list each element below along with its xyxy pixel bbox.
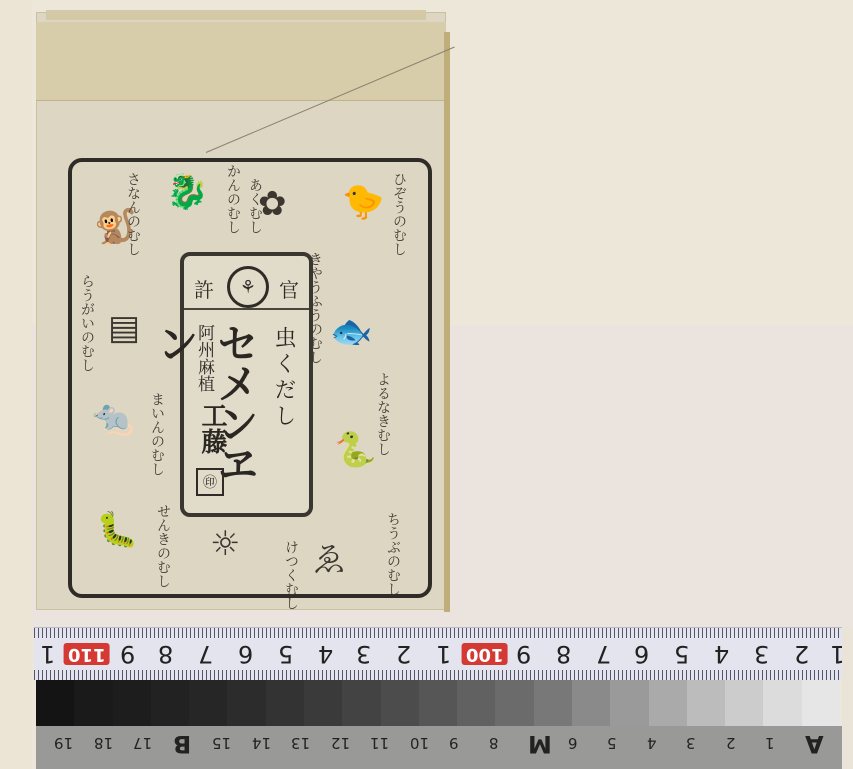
gray-swatch (381, 680, 419, 726)
gray-swatch (113, 680, 151, 726)
maker-name: 工藤 (194, 402, 231, 454)
gray-scale-label: M (528, 730, 552, 758)
gray-scale-label: 3 (686, 734, 696, 752)
ruler-number: 2 (396, 640, 411, 668)
gray-scale-label: 15 (212, 734, 231, 752)
gray-swatch (36, 680, 74, 726)
ruler-number: 1 (40, 640, 55, 668)
ruler-number: 5 (278, 640, 293, 668)
gray-swatch (419, 680, 457, 726)
gray-scale-label: 5 (607, 734, 617, 752)
packet-flap-top-edge (46, 10, 426, 20)
gray-swatch (304, 680, 342, 726)
gray-scale-label: 12 (331, 734, 350, 752)
ruler-numbers: 1 110 9 8 7 6 5 4 3 2 1 100 9 8 7 6 5 4 … (34, 640, 842, 668)
ruler-number: 9 (120, 640, 135, 668)
ruler-number: 3 (356, 640, 371, 668)
worm-label: さなんのむし (126, 172, 140, 256)
family-crest-icon: ⚘ (227, 266, 269, 308)
gray-swatch (763, 680, 801, 726)
gray-swatch (342, 680, 380, 726)
gray-scale-label: 11 (370, 734, 389, 752)
ruler-number: 3 (754, 640, 769, 668)
ruler-number: 4 (318, 640, 333, 668)
gray-scale-label: 17 (133, 734, 152, 752)
label-divider (184, 308, 309, 310)
bird-worm-icon: 🐤 (342, 182, 384, 222)
rat-worm-icon: 🐀 (92, 398, 134, 438)
gray-scale-label: 10 (410, 734, 429, 752)
gray-scale-label: 18 (94, 734, 113, 752)
gray-swatch (151, 680, 189, 726)
backdrop-left-margin (0, 0, 32, 769)
gray-swatch (227, 680, 265, 726)
gray-scale-chart (36, 680, 840, 726)
maker-seal-icon: ㊞ (196, 468, 224, 496)
kan-character: 官 (279, 274, 299, 303)
measurement-ruler: 1 110 9 8 7 6 5 4 3 2 1 100 9 8 7 6 5 4 … (34, 627, 842, 680)
gray-swatch (802, 680, 840, 726)
ruler-number: 8 (158, 640, 173, 668)
worm-label: ひぞうのむし (392, 172, 406, 256)
gray-scale-label: 13 (291, 734, 310, 752)
gray-swatch (495, 680, 533, 726)
ruler-badge-100: 100 (462, 643, 508, 665)
gray-swatch (572, 680, 610, 726)
gray-swatch (534, 680, 572, 726)
gray-swatch (725, 680, 763, 726)
ruler-ticks-top (34, 628, 842, 638)
gray-scale-label: 9 (449, 734, 459, 752)
fish-worm-icon: 🐟 (330, 312, 372, 352)
ruler-number: 7 (198, 640, 213, 668)
gray-swatch (189, 680, 227, 726)
snake-worm-icon: 🐍 (334, 430, 376, 470)
gray-scale-label: 4 (647, 734, 657, 752)
backdrop-right-strip (842, 627, 853, 769)
leaf-worm-icon: ✿ (258, 184, 287, 224)
medicine-packet: 🐒 さなんのむし 🐉 あくむし ✿ かんのむし 🐤 ひぞうのむし 🐟 きやうふう… (36, 12, 446, 610)
product-label-box: 許 ⚘ 官 虫くだし セメンヱン 阿州麻植 工藤 ㊞ (180, 252, 313, 517)
gray-swatch (266, 680, 304, 726)
worm-label: けつくむし (284, 540, 298, 610)
packet-right-edge (444, 32, 450, 612)
gray-swatch (74, 680, 112, 726)
worm-label: らうがいのむし (80, 274, 94, 372)
kyo-character: 許 (194, 274, 214, 303)
gray-scale-label: 14 (252, 734, 271, 752)
gray-scale-label: 8 (489, 734, 499, 752)
gray-swatch (687, 680, 725, 726)
gray-swatch (457, 680, 495, 726)
gray-swatch (649, 680, 687, 726)
worm-label: かんのむし (226, 164, 240, 234)
worm-label: せんきのむし (156, 504, 170, 588)
worm-label: ちうぶのむし (386, 512, 400, 596)
ruler-number: 5 (674, 640, 689, 668)
ruler-number: 7 (596, 640, 611, 668)
gray-scale-labels: 191817B15141312111098M654321A (36, 726, 844, 769)
gray-scale-label: 2 (726, 734, 736, 752)
ruler-number: 8 (556, 640, 571, 668)
worm-label: よるなきむし (376, 372, 390, 456)
segmented-worm-icon: 🐛 (96, 510, 138, 550)
ruler-number: 4 (714, 640, 729, 668)
gray-scale-label: 6 (568, 734, 578, 752)
maker-place: 阿州麻植 (192, 324, 217, 392)
gray-scale-label: A (805, 730, 824, 758)
gray-swatch (610, 680, 648, 726)
ruler-badge-110: 110 (64, 643, 110, 665)
gray-scale-label: 19 (54, 734, 73, 752)
dragon-worm-icon: 🐉 (166, 172, 208, 212)
product-subtitle: 虫くだし (268, 326, 299, 430)
ruler-ticks-bottom (34, 670, 842, 680)
gray-scale-label: B (173, 730, 191, 758)
ladder-worm-icon: ▤ (108, 308, 140, 348)
ruler-number: 1 (436, 640, 451, 668)
ruler-number: 2 (794, 640, 809, 668)
sun-worm-icon: ☼ (210, 524, 240, 564)
ruler-number: 9 (516, 640, 531, 668)
ruler-number: 6 (238, 640, 253, 668)
packet-folded-flap (36, 22, 446, 101)
twisted-worm-icon: ゑ (312, 532, 346, 581)
gray-scale-label: 1 (765, 734, 775, 752)
ruler-number: 6 (634, 640, 649, 668)
